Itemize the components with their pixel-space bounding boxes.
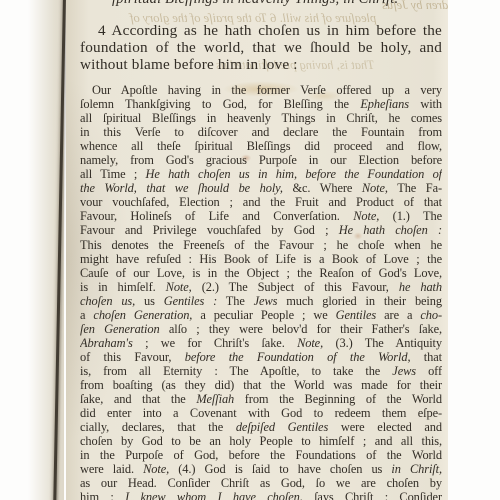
commentary-line: ſolemn Thankſgiving to God, for Bleſſing…	[80, 97, 442, 111]
commentary-line: as our Head. Conſider Chriſt as God, ſo …	[80, 476, 442, 490]
commentary-line: all Time ; He hath choſen us in him, bef…	[80, 167, 442, 181]
commentary-line: Our Apoſtle having in the former Verſe o…	[80, 83, 442, 97]
commentary-line: Favour, Holineſs of Life and Converſatio…	[80, 209, 442, 223]
commentary-paragraph: Our Apoſtle having in the former Verſe o…	[80, 83, 442, 500]
commentary-line: in this Verſe to diſcover and declare th…	[80, 125, 442, 139]
commentary-line: choſen us, us Gentiles : The Jews much g…	[80, 294, 442, 308]
book-page: dren by Jeſus pleaſure of his will. 6 To…	[66, 0, 448, 500]
verse-block: 4 According as he hath choſen us in him …	[80, 22, 442, 73]
clipped-top-line: ſpiritual Bleſſings in heavenly Things, …	[112, 0, 398, 8]
commentary-line: ſake, and that the Meſſiah from the Begi…	[80, 392, 442, 406]
book-page-photo: t;:-ednn;-e-eisgsf-vee-f dren by Jeſus p…	[0, 0, 500, 500]
commentary-line: Favour and Privilege vouchſafed by God ;…	[80, 223, 442, 237]
commentary-line: all ſpiritual Bleſſings in heavenly Thin…	[80, 111, 442, 125]
commentary-line: did enter into a Covenant with God to re…	[80, 406, 442, 420]
commentary-line: him : I knew whom I have choſen, ſays Ch…	[80, 490, 442, 500]
verse-line: without blame before him in love :	[80, 56, 442, 73]
verse-line: foundation of the world, that we ſhould …	[80, 39, 442, 56]
commentary-line: in the Purpoſe of God, before the Founda…	[80, 448, 442, 462]
commentary-line: from boaſting (as they did) that the Wor…	[80, 378, 442, 392]
commentary-line: is in himſelf. Note, (2.) The Subject of…	[80, 280, 442, 294]
commentary-line: whence all theſe ſpiritual Bleſſings did…	[80, 139, 442, 153]
commentary-line: of this Favour, before the Foundation of…	[80, 350, 442, 364]
commentary-line: cially, declares, that the deſpiſed Gent…	[80, 420, 442, 434]
commentary-line: Cauſe of our Love, is in the Object ; th…	[80, 266, 442, 280]
commentary-line: namely, from God's gracious Purpoſe in o…	[80, 153, 442, 167]
commentary-line: This denotes the Freeneſs of the Favour …	[80, 238, 442, 252]
commentary-line: choſen by God to be an holy People to hi…	[80, 434, 442, 448]
commentary-line: is, from all Eternity : The Apoſtle, to …	[80, 364, 442, 378]
commentary-line: were laid. Note, (4.) God is ſaid to hav…	[80, 462, 442, 476]
commentary-line: Abraham's ; we for Chriſt's ſake. Note, …	[80, 336, 442, 350]
commentary-line: might have refuſed : His Book of Life is…	[80, 252, 442, 266]
commentary-line: a choſen Generation, a peculiar People ;…	[80, 308, 442, 322]
commentary-line: ſen Generation alſo ; they were belov'd …	[80, 322, 442, 336]
verse-line: 4 According as he hath choſen us in him …	[80, 22, 442, 39]
commentary-line: vour vouchſafed, Election ; and the Frui…	[80, 195, 442, 209]
commentary-line: the World, that we ſhould be holy, &c. W…	[80, 181, 442, 195]
